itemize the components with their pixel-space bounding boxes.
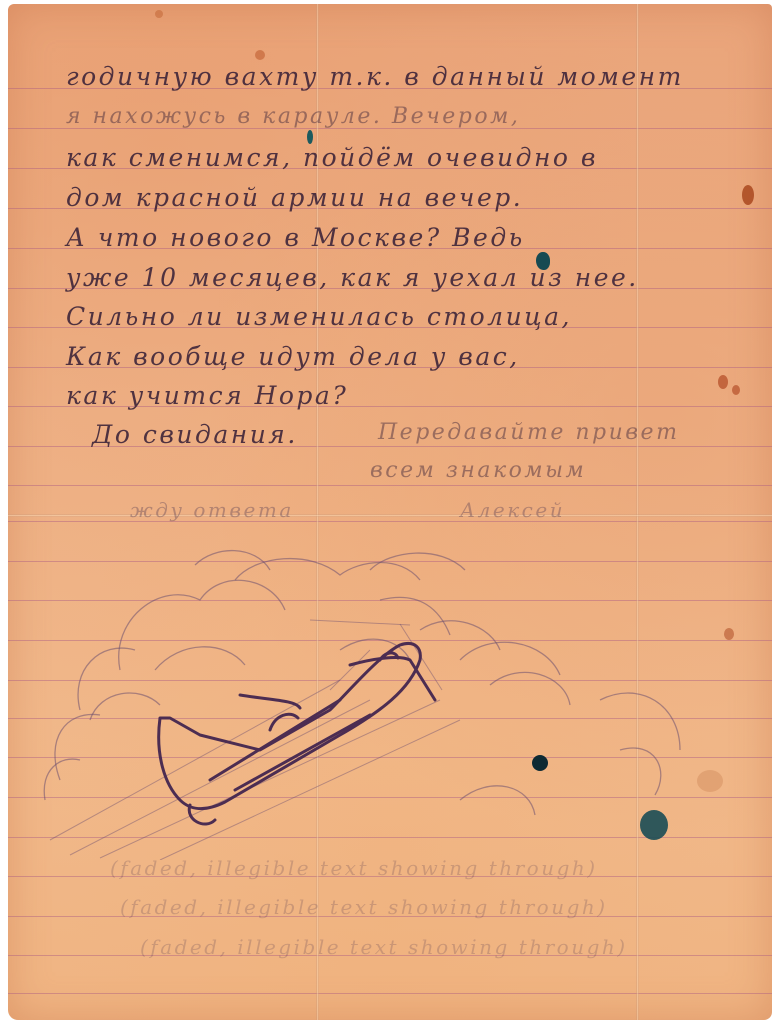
rust-stain — [718, 375, 728, 389]
ruled-line — [8, 993, 772, 994]
letter-line: годичную вахту т.к. в данный момент — [66, 62, 765, 91]
cloud-sketch — [44, 551, 680, 815]
bleed-through-text: (faded, illegible text showing through) — [120, 895, 765, 919]
letter-line: А что нового в Москве? Ведь — [66, 223, 765, 252]
letter-line: как учится Нора? — [66, 381, 765, 410]
ink-blot — [307, 130, 313, 144]
rust-stain — [155, 10, 163, 18]
ruled-line — [8, 521, 772, 522]
rust-stain — [732, 385, 740, 395]
ink-blot — [532, 755, 548, 771]
letter-line: Сильно ли изменилась столица, — [66, 302, 765, 331]
airplane-icon — [159, 643, 435, 824]
letter-line: уже 10 месяцев, как я уехал из нее. — [66, 263, 765, 292]
letter-line: Как вообще идут дела у вас, — [66, 342, 765, 371]
rust-stain — [724, 628, 734, 640]
ink-blot — [536, 252, 550, 270]
ink-blot — [640, 810, 668, 840]
water-stain — [697, 770, 723, 792]
letter-line: дом красной армии на вечер. — [66, 183, 765, 212]
rust-stain — [255, 50, 265, 60]
letter-regards: Передавайте привет — [378, 420, 679, 445]
letter-line: я нахожусь в карауле. Вечером, — [66, 104, 765, 129]
rust-stain — [742, 185, 754, 205]
ruled-line — [8, 485, 772, 486]
paper-fold-horizontal — [8, 514, 772, 517]
letter-line: как сменимся, пойдём очевидно в — [66, 143, 765, 172]
letter-signoff: жду ответа — [130, 498, 294, 522]
bleed-through-text: (faded, illegible text showing through) — [140, 935, 765, 959]
letter-signature: Алексей — [460, 498, 565, 522]
airplane-drawing — [40, 540, 740, 860]
letter-regards-2: всем знакомым — [370, 458, 586, 483]
letter-farewell: До свидания. — [92, 420, 298, 449]
